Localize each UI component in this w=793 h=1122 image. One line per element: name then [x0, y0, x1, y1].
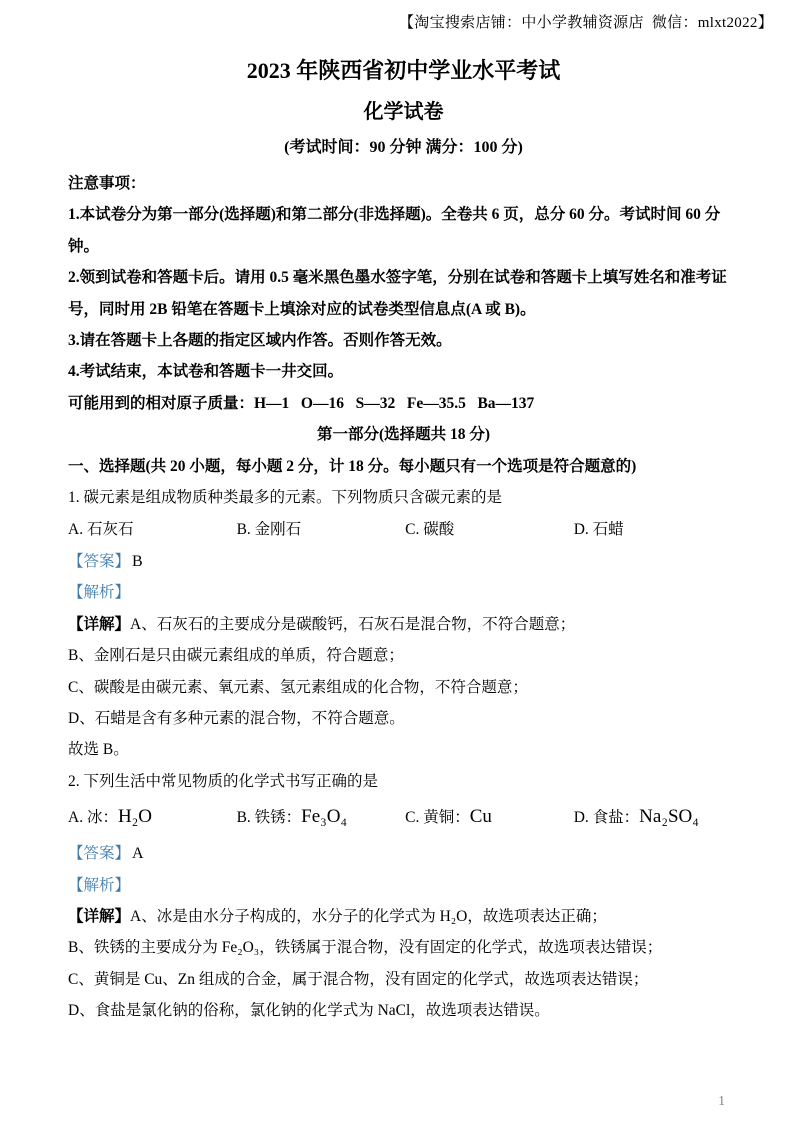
option-text: B. 金刚石 [237, 521, 302, 538]
atomic-masses-line: 可能用到的相对原子质量：H—1 O—16 S—32 Fe—35.5 Ba—137 [68, 388, 739, 419]
option-text: A. 冰： [68, 809, 118, 826]
option-text: D. 食盐： [574, 809, 639, 826]
analysis-label: 【解析】 [68, 877, 130, 894]
analysis-label: 【解析】 [68, 584, 130, 601]
option-text: B. 铁锈： [237, 809, 302, 826]
exam-title: 2023 年陕西省初中学业水平考试 [68, 58, 739, 84]
question-1-conclusion: 故选 B。 [68, 734, 739, 765]
notice-item-1: 1.本试卷分为第一部分(选择题)和第二部分(非选择题)。全卷共 6 页，总分 6… [68, 199, 739, 262]
answer-value: B [132, 553, 143, 570]
question-2-option-a: A. 冰：H₂O [68, 797, 237, 838]
notices-heading: 注意事项： [68, 168, 739, 199]
option-text: A. 石灰石 [68, 521, 133, 538]
exam-subject-title: 化学试卷 [68, 100, 739, 124]
question-1-analysis-line: 【解析】 [68, 577, 739, 608]
question-2-option-d: D. 食盐：Na₂SO₄ [574, 797, 739, 838]
answer-label: 【答案】 [68, 553, 130, 570]
question-1-stem: 1. 碳元素是组成物质种类最多的元素。下列物质只含碳元素的是 [68, 482, 739, 513]
question-2-detail-d: D、食盐是氯化钠的俗称，氯化钠的化学式为 NaCl，故选项表达错误。 [68, 995, 739, 1026]
exam-time-score-info: (考试时间：90 分钟 满分：100 分) [68, 137, 739, 159]
question-2-detail-b: B、铁锈的主要成分为 Fe₂O₃，铁锈属于混合物，没有固定的化学式，故选项表达错… [68, 932, 739, 963]
exam-document-page: 【淘宝搜索店铺：中小学教辅资源店 微信：mlxt2022】 2023 年陕西省初… [0, 0, 793, 1122]
notice-item-4: 4.考试结束，本试卷和答题卡一井交回。 [68, 356, 739, 387]
option-text: D. 石蜡 [574, 521, 624, 538]
answer-label: 【答案】 [68, 845, 130, 862]
question-1-option-a: A. 石灰石 [68, 513, 237, 545]
question-1-option-d: D. 石蜡 [574, 513, 739, 545]
detail-text: A、石灰石的主要成分是碳酸钙，石灰石是混合物，不符合题意； [130, 616, 575, 633]
question-2-options: A. 冰：H₂O B. 铁锈：Fe₃O₄ C. 黄铜：Cu D. 食盐：Na₂S… [68, 797, 739, 838]
question-2-detail-a: 【详解】A、冰是由水分子构成的，水分子的化学式为 H₂O，故选项表达正确； [68, 901, 739, 932]
option-formula: Cu [470, 806, 492, 827]
notice-item-3: 3.请在答题卡上各题的指定区域内作答。否则作答无效。 [68, 325, 739, 356]
question-1-detail-c: C、碳酸是由碳元素、氧元素、氢元素组成的化合物，不符合题意； [68, 672, 739, 703]
question-1-detail-a: 【详解】A、石灰石的主要成分是碳酸钙，石灰石是混合物，不符合题意； [68, 609, 739, 640]
question-2-analysis-line: 【解析】 [68, 870, 739, 901]
shop-notice: 【淘宝搜索店铺：中小学教辅资源店 微信：mlxt2022】 [399, 11, 773, 32]
option-formula: Na₂SO₄ [639, 806, 699, 827]
document-content: 2023 年陕西省初中学业水平考试 化学试卷 (考试时间：90 分钟 满分：10… [0, 0, 793, 1027]
question-1-option-b: B. 金刚石 [237, 513, 406, 545]
question-1-answer-line: 【答案】B [68, 546, 739, 577]
option-text: C. 黄铜： [405, 809, 470, 826]
question-2-option-c: C. 黄铜：Cu [405, 797, 574, 838]
option-text: C. 碳酸 [405, 521, 454, 538]
page-number: 1 [718, 1093, 725, 1109]
question-1-detail-d: D、石蜡是含有多种元素的混合物，不符合题意。 [68, 703, 739, 734]
question-2-detail-c: C、黄铜是 Cu、Zn 组成的合金，属于混合物，没有固定的化学式，故选项表达错误… [68, 964, 739, 995]
question-1-options: A. 石灰石 B. 金刚石 C. 碳酸 D. 石蜡 [68, 513, 739, 545]
section1-heading: 一、选择题(共 20 小题，每小题 2 分，计 18 分。每小题只有一个选项是符… [68, 451, 739, 482]
detail-label: 【详解】 [68, 616, 130, 633]
option-formula: H₂O [118, 806, 152, 827]
detail-label: 【详解】 [68, 908, 130, 925]
question-2-stem: 2. 下列生活中常见物质的化学式书写正确的是 [68, 766, 739, 797]
question-1-option-c: C. 碳酸 [405, 513, 574, 545]
question-2-answer-line: 【答案】A [68, 838, 739, 869]
detail-text: A、冰是由水分子构成的，水分子的化学式为 H₂O，故选项表达正确； [130, 908, 607, 925]
question-1-detail-b: B、金刚石是只由碳元素组成的单质，符合题意； [68, 640, 739, 671]
notice-item-2: 2.领到试卷和答题卡后。请用 0.5 毫米黑色墨水签字笔，分别在试卷和答题卡上填… [68, 262, 739, 325]
question-2-option-b: B. 铁锈：Fe₃O₄ [237, 797, 406, 838]
option-formula: Fe₃O₄ [301, 806, 347, 827]
part1-heading: 第一部分(选择题共 18 分) [68, 419, 739, 450]
answer-value: A [132, 845, 144, 862]
